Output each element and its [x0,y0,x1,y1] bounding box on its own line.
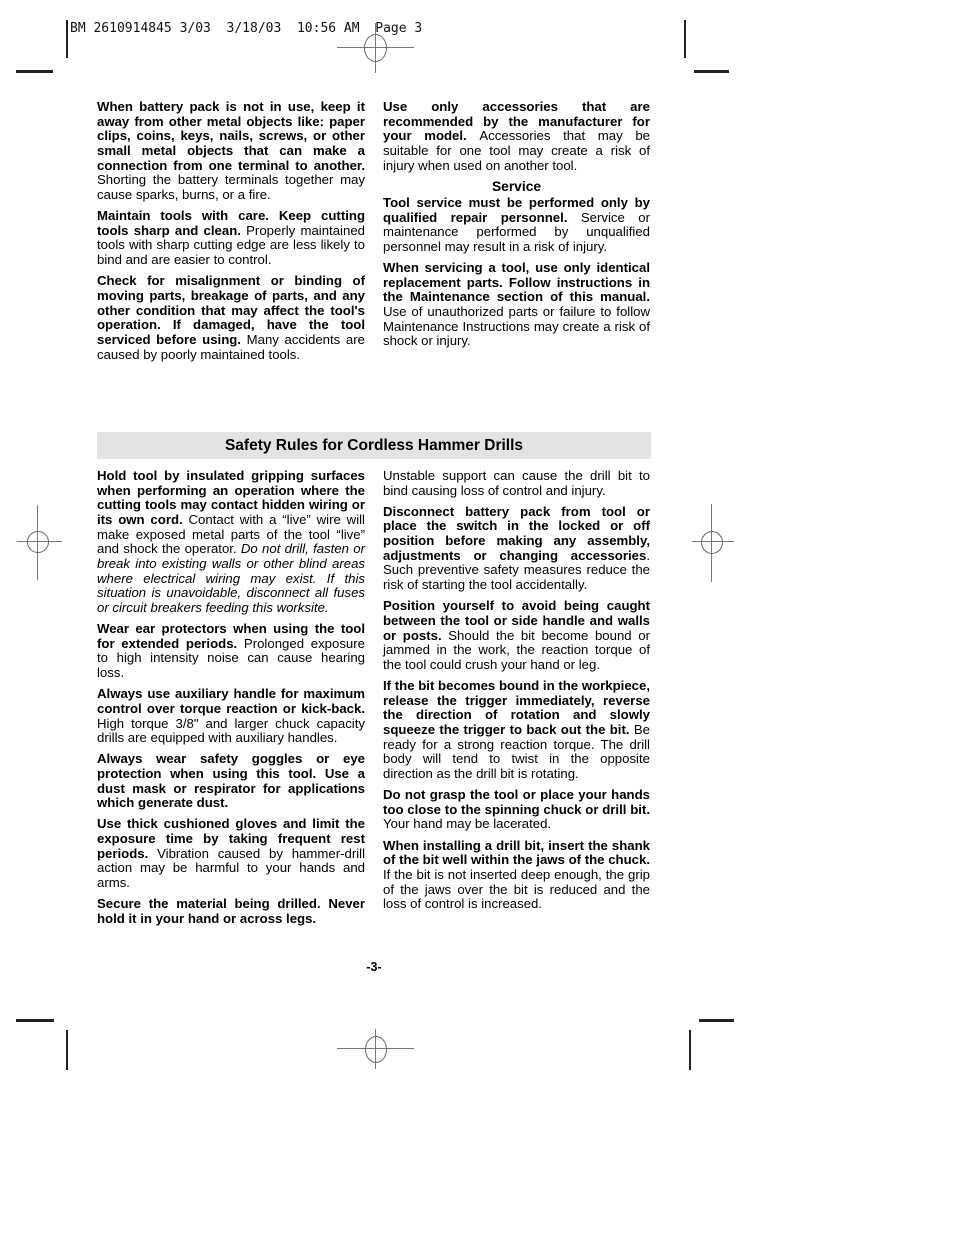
upper-right-column: Use only accessories that are recommende… [383,100,650,356]
crop-mark [684,20,686,58]
section-title-banner: Safety Rules for Cordless Hammer Drills [97,432,651,459]
paragraph: Use only accessories that are recommende… [383,100,650,173]
text-segment-normal: Your hand may be lacerated. [383,816,551,831]
upper-left-column: When battery pack is not in use, keep it… [97,100,365,369]
paragraph: Tool service must be performed only by q… [383,196,650,255]
text-segment-normal: High torque 3/8" and larger chuck capaci… [97,716,365,746]
text-segment-bold: When battery pack is not in use, keep it… [97,99,365,173]
paragraph: When installing a drill bit, insert the … [383,839,650,912]
crop-mark [694,70,729,73]
crop-mark [16,70,53,73]
text-segment-bold: When servicing a tool, use only identica… [383,260,650,304]
paragraph: Check for misalignment or binding of mov… [97,274,365,362]
printer-slug: BM 2610914845 3/03 3/18/03 10:56 AM Page… [70,21,422,36]
text-segment-bold: Do not grasp the tool or place your hand… [383,787,650,817]
paragraph: Hold tool by insulated gripping surfaces… [97,469,365,616]
paragraph: Wear ear protectors when using the tool … [97,622,365,681]
lower-left-column: Hold tool by insulated gripping surfaces… [97,469,365,933]
text-segment-bold: Always wear safety goggles or eye protec… [97,751,365,810]
crop-mark [66,20,68,58]
lower-right-column: Unstable support can cause the drill bit… [383,469,650,918]
page-number: -3- [97,960,651,974]
paragraph: When battery pack is not in use, keep it… [97,100,365,203]
service-heading: Service [383,180,650,195]
paragraph: If the bit becomes bound in the workpiec… [383,679,650,782]
crop-mark [16,1019,54,1022]
text-segment-bold: Disconnect battery pack from tool or pla… [383,504,650,563]
paragraph: Use thick cushioned gloves and limit the… [97,817,365,890]
paragraph: Position yourself to avoid being caught … [383,599,650,672]
paragraph: Do not grasp the tool or place your hand… [383,788,650,832]
crop-mark [66,1030,68,1070]
text-segment-bold: When installing a drill bit, insert the … [383,838,650,868]
paragraph: Always wear safety goggles or eye protec… [97,752,365,811]
paragraph: Secure the material being drilled. Never… [97,897,365,926]
text-segment-normal: Unstable support can cause the drill bit… [383,468,650,498]
section-title: Safety Rules for Cordless Hammer Drills [225,437,523,455]
crop-mark [689,1030,691,1070]
text-segment-normal: If the bit is not inserted deep enough, … [383,867,650,911]
text-segment-normal: Use of unauthorized parts or failure to … [383,304,650,348]
text-segment-bold: Secure the material being drilled. Never… [97,896,365,926]
paragraph: Disconnect battery pack from tool or pla… [383,505,650,593]
text-segment-bold: Always use auxiliary handle for maximum … [97,686,365,716]
crop-mark [699,1019,734,1022]
paragraph: Maintain tools with care. Keep cutting t… [97,209,365,268]
paragraph: When servicing a tool, use only identica… [383,261,650,349]
text-segment-bold: If the bit becomes bound in the workpiec… [383,678,650,737]
text-segment-normal: Shorting the battery terminals together … [97,172,365,202]
manual-page: BM 2610914845 3/03 3/18/03 10:56 AM Page… [0,0,954,1235]
paragraph: Unstable support can cause the drill bit… [383,469,650,498]
paragraph: Always use auxiliary handle for maximum … [97,687,365,746]
